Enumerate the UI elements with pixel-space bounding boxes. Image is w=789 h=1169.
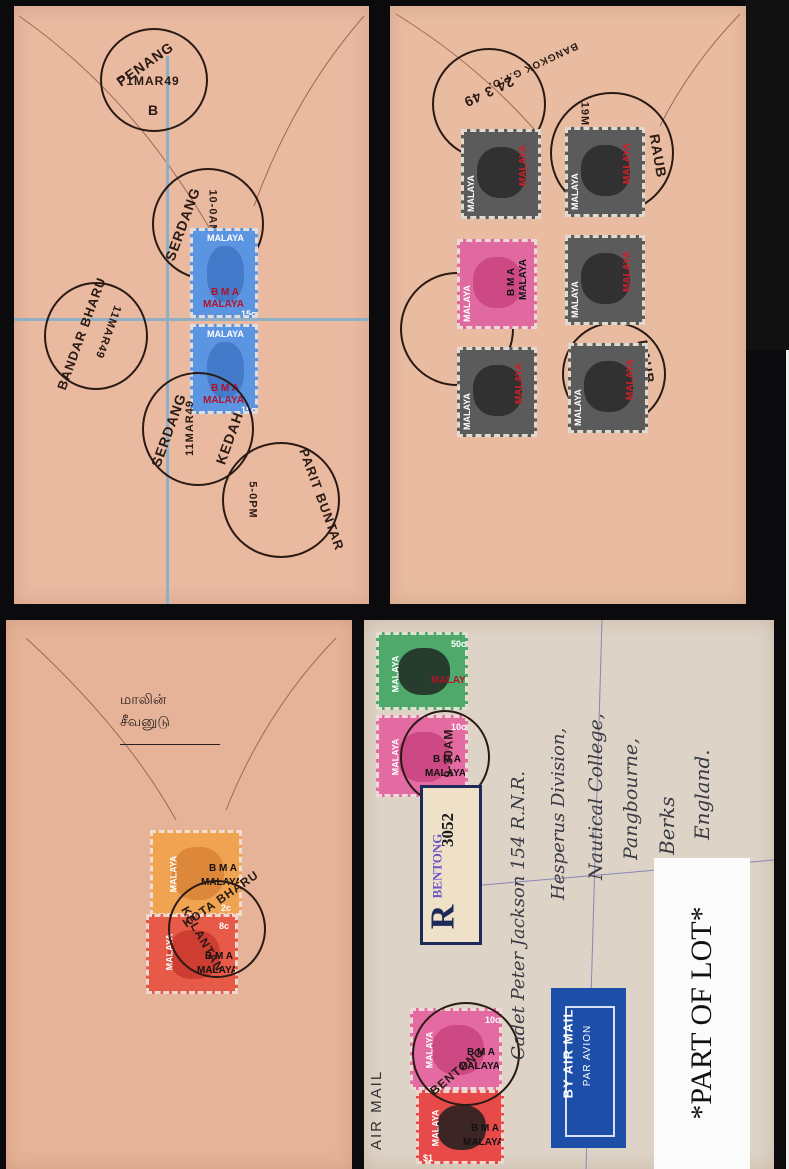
address-line-6: England. <box>690 749 714 840</box>
registration-label: R BENTONG 3052 <box>420 785 482 945</box>
king-portrait <box>398 648 450 696</box>
stamp-1c-black: MALAYA MALAYA <box>457 347 537 437</box>
handwritten-underline <box>120 744 220 745</box>
background-dark-strip <box>746 0 789 350</box>
airmail-label: BY AIR MAIL PAR AVION <box>551 988 626 1148</box>
address-line-1: Cadet Peter Jackson 154 R.N.R. <box>508 771 529 1060</box>
registration-line-vertical <box>166 56 169 604</box>
stamp-10c-magenta: MALAYA B M A MALAYA <box>457 239 537 329</box>
stamp-1c-black: MALAYA MALAYA <box>568 343 648 433</box>
part-of-lot-label: *PART OF LOT* <box>654 858 750 1169</box>
postmark-penang: PENANG ?1MAR49 B <box>100 28 208 132</box>
address-line-4: Pangbourne, <box>620 738 642 860</box>
postmark-bandar-bharu: BANDAR BHARU 11MAR49 <box>44 282 148 390</box>
postmark-kota-bharu: KOTA BHARU KELANTAN <box>168 880 266 978</box>
stamp-50c-green: MALAYA MALAYA 50c <box>376 632 468 710</box>
handwritten-air-mail: AIR MAIL <box>368 1070 385 1150</box>
handwritten-tamil-note: மாலின் சீவனுடு <box>120 688 220 745</box>
postmark-parit-buntar: PARIT BUNTAR 5-0PM <box>222 442 340 558</box>
address-line-2: Hesperus Division, <box>548 728 569 900</box>
stamp-1c-black: MALAYA MALAYA <box>565 127 645 217</box>
postmark-bentong-2: BENTONG <box>412 1002 520 1106</box>
stamp-1c-black: MALAYA MALAYA <box>565 235 645 325</box>
address-line-5: Berks <box>655 797 679 855</box>
stamp-1c-black: MALAYA MALAYA <box>461 129 541 219</box>
stamp-15c-blue: MALAYA B M A MALAYA 15c <box>190 228 258 318</box>
address-line-3: Nautical College, <box>585 713 607 880</box>
